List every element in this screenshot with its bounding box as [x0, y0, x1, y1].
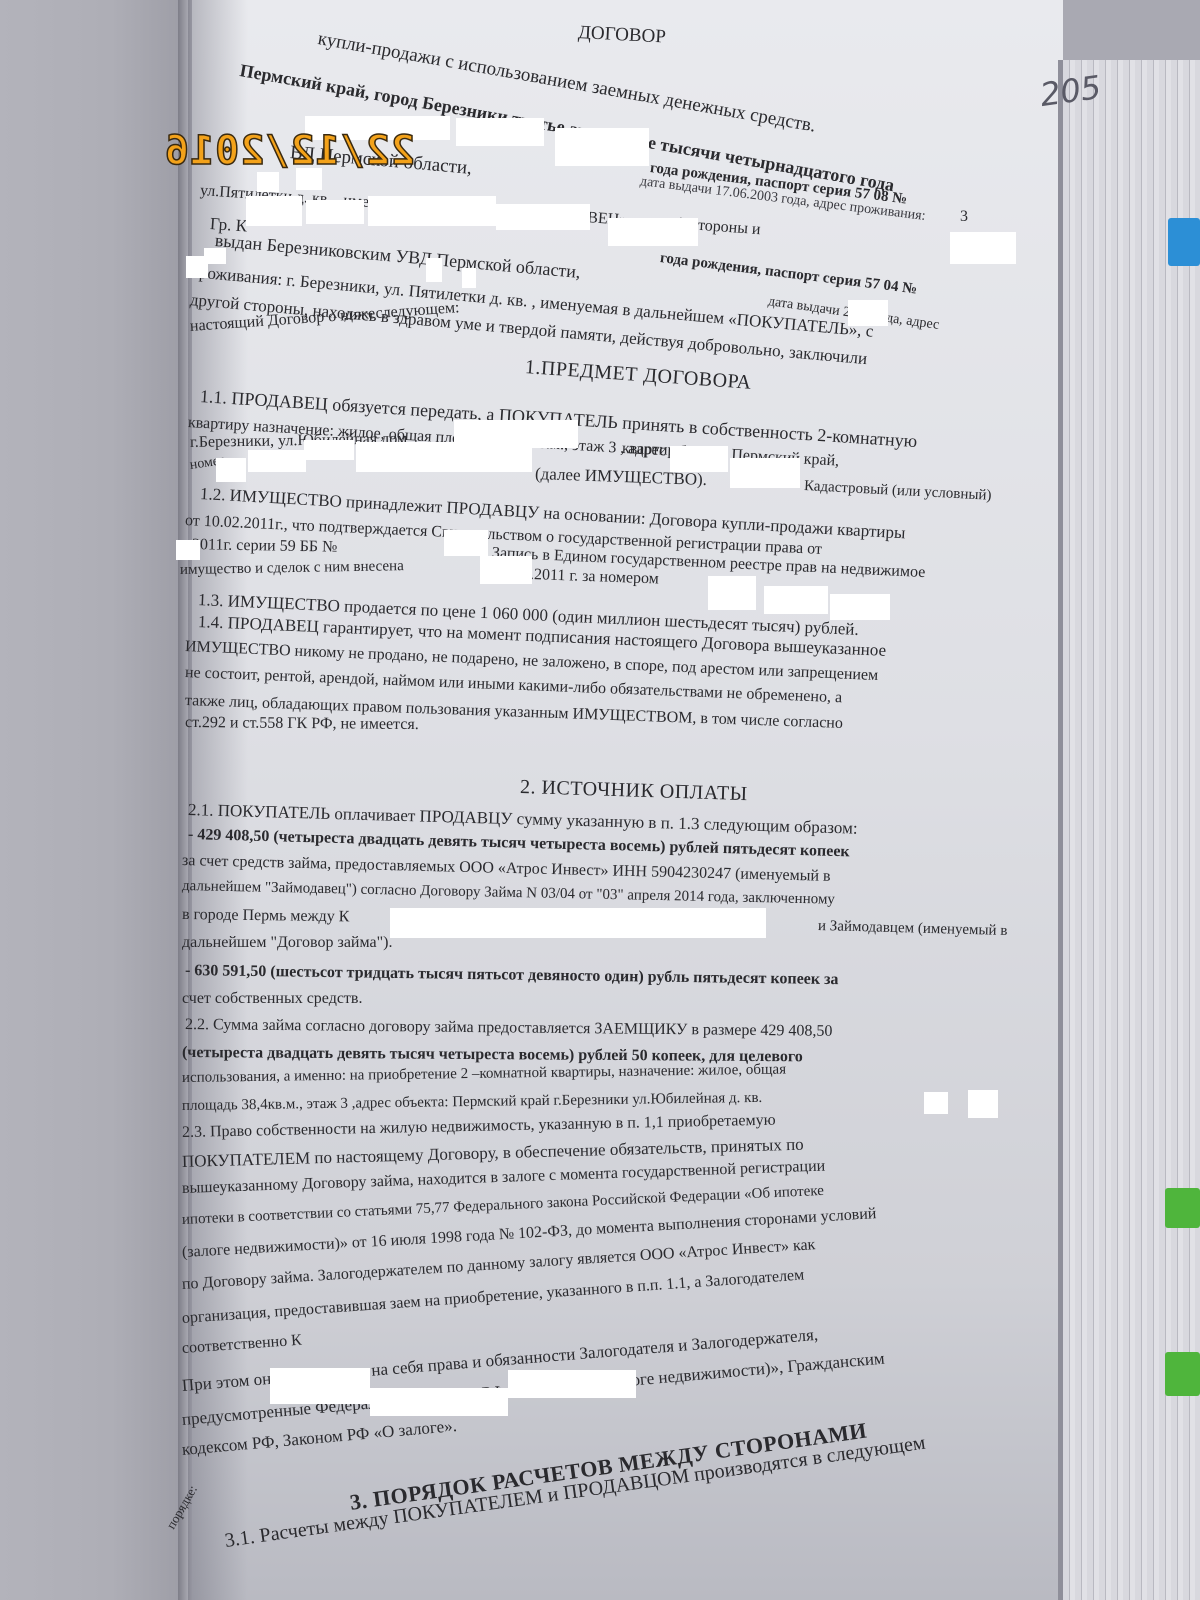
redaction-box: [176, 540, 200, 560]
redaction-box: [216, 458, 246, 482]
redaction-box: [508, 1370, 636, 1398]
redaction-box: [444, 530, 488, 556]
redaction-box: [730, 458, 800, 488]
background-desk: [0, 0, 185, 1600]
redaction-box: [426, 258, 442, 282]
section2-line: счет собственных средств.: [182, 990, 362, 1008]
redaction-box: [496, 204, 590, 230]
section1-line: ст.292 и ст.558 ГК РФ, не имеется.: [185, 714, 419, 734]
redaction-box: [390, 908, 766, 938]
redaction-box: [204, 248, 226, 264]
redaction-box: [764, 586, 828, 614]
redaction-box: [670, 446, 728, 472]
redaction-box: [968, 1090, 998, 1118]
redaction-box: [248, 450, 306, 472]
redaction-box: [370, 1388, 508, 1416]
redaction-box: [830, 594, 890, 620]
redaction-box: [304, 440, 354, 460]
redaction-box: [708, 576, 756, 610]
redaction-box: [924, 1092, 948, 1114]
redaction-box: [480, 556, 532, 584]
redaction-box: [368, 196, 496, 226]
redaction-box: [462, 268, 476, 288]
redaction-box: [306, 200, 364, 224]
section2-line: в городе Пермь между К: [182, 906, 350, 926]
redaction-box: [246, 196, 302, 226]
redaction-box: [848, 300, 888, 326]
binder-tab-green: [1165, 1188, 1200, 1228]
redaction-box: [650, 226, 692, 246]
redaction-box: [555, 128, 649, 166]
redaction-box: [257, 172, 279, 192]
camera-date-stamp: 22/12/2016: [164, 128, 415, 174]
section1-line: .2011г. серии 59 ББ №: [188, 536, 338, 557]
binder-tab-blue: [1168, 218, 1200, 266]
redaction-box: [270, 1368, 370, 1404]
binder-tab-green: [1165, 1352, 1200, 1396]
doc-title: ДОГОВОР: [577, 22, 666, 49]
redaction-box: [950, 232, 1016, 264]
section2-line: дальнейшем "Договор займа").: [182, 934, 392, 952]
redaction-box: [356, 442, 532, 472]
page-number-printed: 3: [960, 208, 968, 226]
redaction-box: [456, 118, 544, 146]
